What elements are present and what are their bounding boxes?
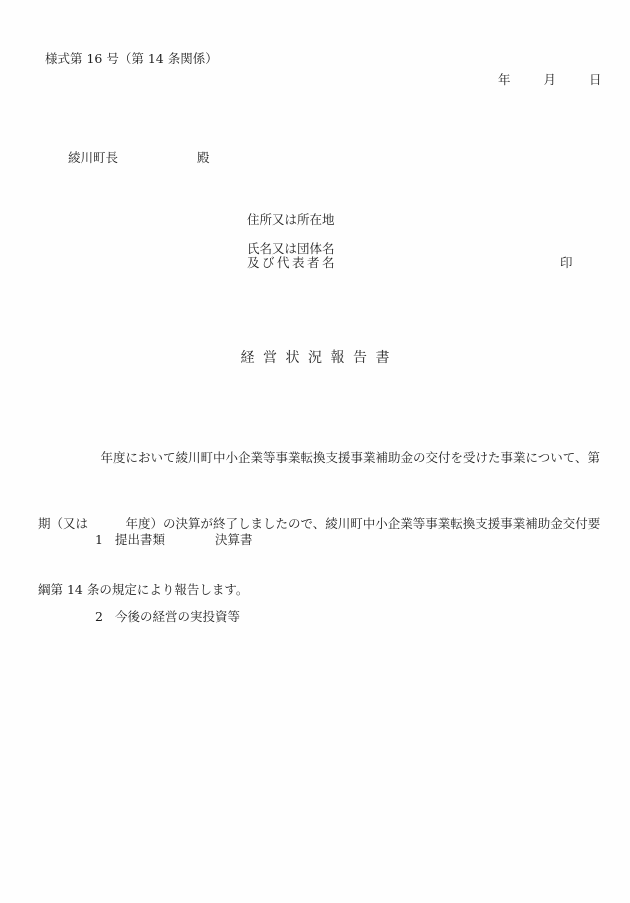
addressee-honorific: 殿 — [197, 148, 210, 166]
item-number: 1 — [95, 532, 103, 547]
seal-label: 印 — [560, 253, 573, 271]
year-label: 年 — [498, 70, 511, 88]
month-label: 月 — [544, 70, 557, 88]
form-number: 様式第 16 号（第 14 条関係） — [45, 49, 218, 67]
item-value: 決算書 — [215, 530, 253, 548]
sender-name-label-line2: 及び代表者名 — [247, 253, 337, 271]
day-label: 日 — [589, 70, 602, 88]
paragraph-line-1: 年度において綾川町中小企業等事業転換支援事業補助金の交付を受けた事業について、第 — [38, 447, 600, 469]
document-page: 様式第 16 号（第 14 条関係） 年 月 日 綾川町長 殿 住所又は所在地 … — [0, 0, 630, 903]
list-item-future-management: 2 今後の経営の実投資等 — [95, 607, 240, 625]
addressee-name: 綾川町長 — [68, 148, 118, 166]
date-line: 年 月 日 — [498, 70, 602, 88]
item-label: 提出書類 — [115, 530, 165, 548]
sender-address-label: 住所又は所在地 — [247, 210, 335, 228]
document-title: 経営状況報告書 — [0, 347, 630, 367]
item-number: 2 — [95, 609, 103, 624]
paragraph-line-3: 綱第 14 条の規定により報告します。 — [38, 579, 600, 601]
item-label: 今後の経営の実投資等 — [115, 607, 240, 625]
list-item-submitted-documents: 1 提出書類 決算書 — [95, 530, 252, 548]
